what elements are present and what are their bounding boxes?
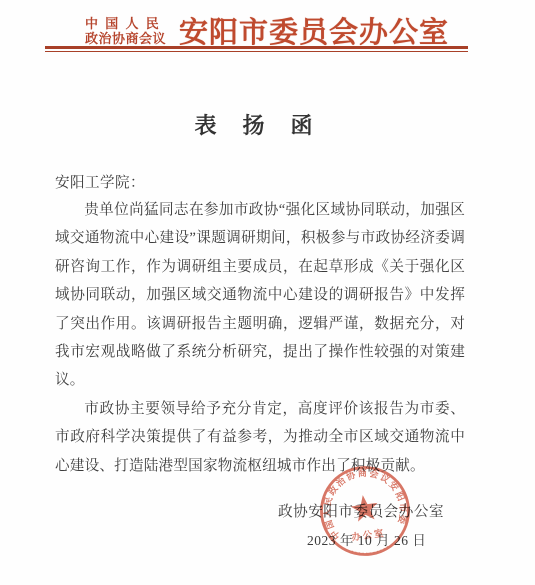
letterhead-rule-thick (45, 46, 468, 49)
salutation: 安阳工学院： (55, 171, 145, 192)
paragraph-1: 贵单位尚猛同志在参加市政协“强化区域协同联动，加强区域交通物流中心建设”课题调研… (55, 196, 465, 395)
paragraph-2: 市政协主要领导给予充分肯定，高度评价该报告为市委、市政府科学决策提供了有益参考，… (55, 395, 465, 480)
letterhead-double-rule (45, 46, 468, 53)
scanned-letter-page: 中 国 人 民 政治协商会议 安阳市委员会办公室 表 扬 函 安阳工学院： 贵单… (0, 0, 535, 585)
letterhead-small-org-line2: 政治协商会议 (85, 31, 169, 46)
signature-date: 2023 年 10 月 26 日 (307, 529, 426, 549)
document-title: 表 扬 函 (0, 109, 509, 140)
letter-body: 贵单位尚猛同志在参加市政协“强化区域协同联动，加强区域交通物流中心建设”课题调研… (55, 196, 465, 480)
letterhead-rule-thin (45, 51, 468, 52)
signature-org: 政协安阳市委员会办公室 (278, 500, 444, 521)
letterhead-org-name: 安阳市委员会办公室 (179, 10, 449, 51)
letterhead: 中 国 人 民 政治协商会议 安阳市委员会办公室 (85, 10, 449, 51)
letterhead-small-org-line1: 中 国 人 民 (85, 16, 169, 31)
letterhead-small-org: 中 国 人 民 政治协商会议 (85, 16, 169, 46)
